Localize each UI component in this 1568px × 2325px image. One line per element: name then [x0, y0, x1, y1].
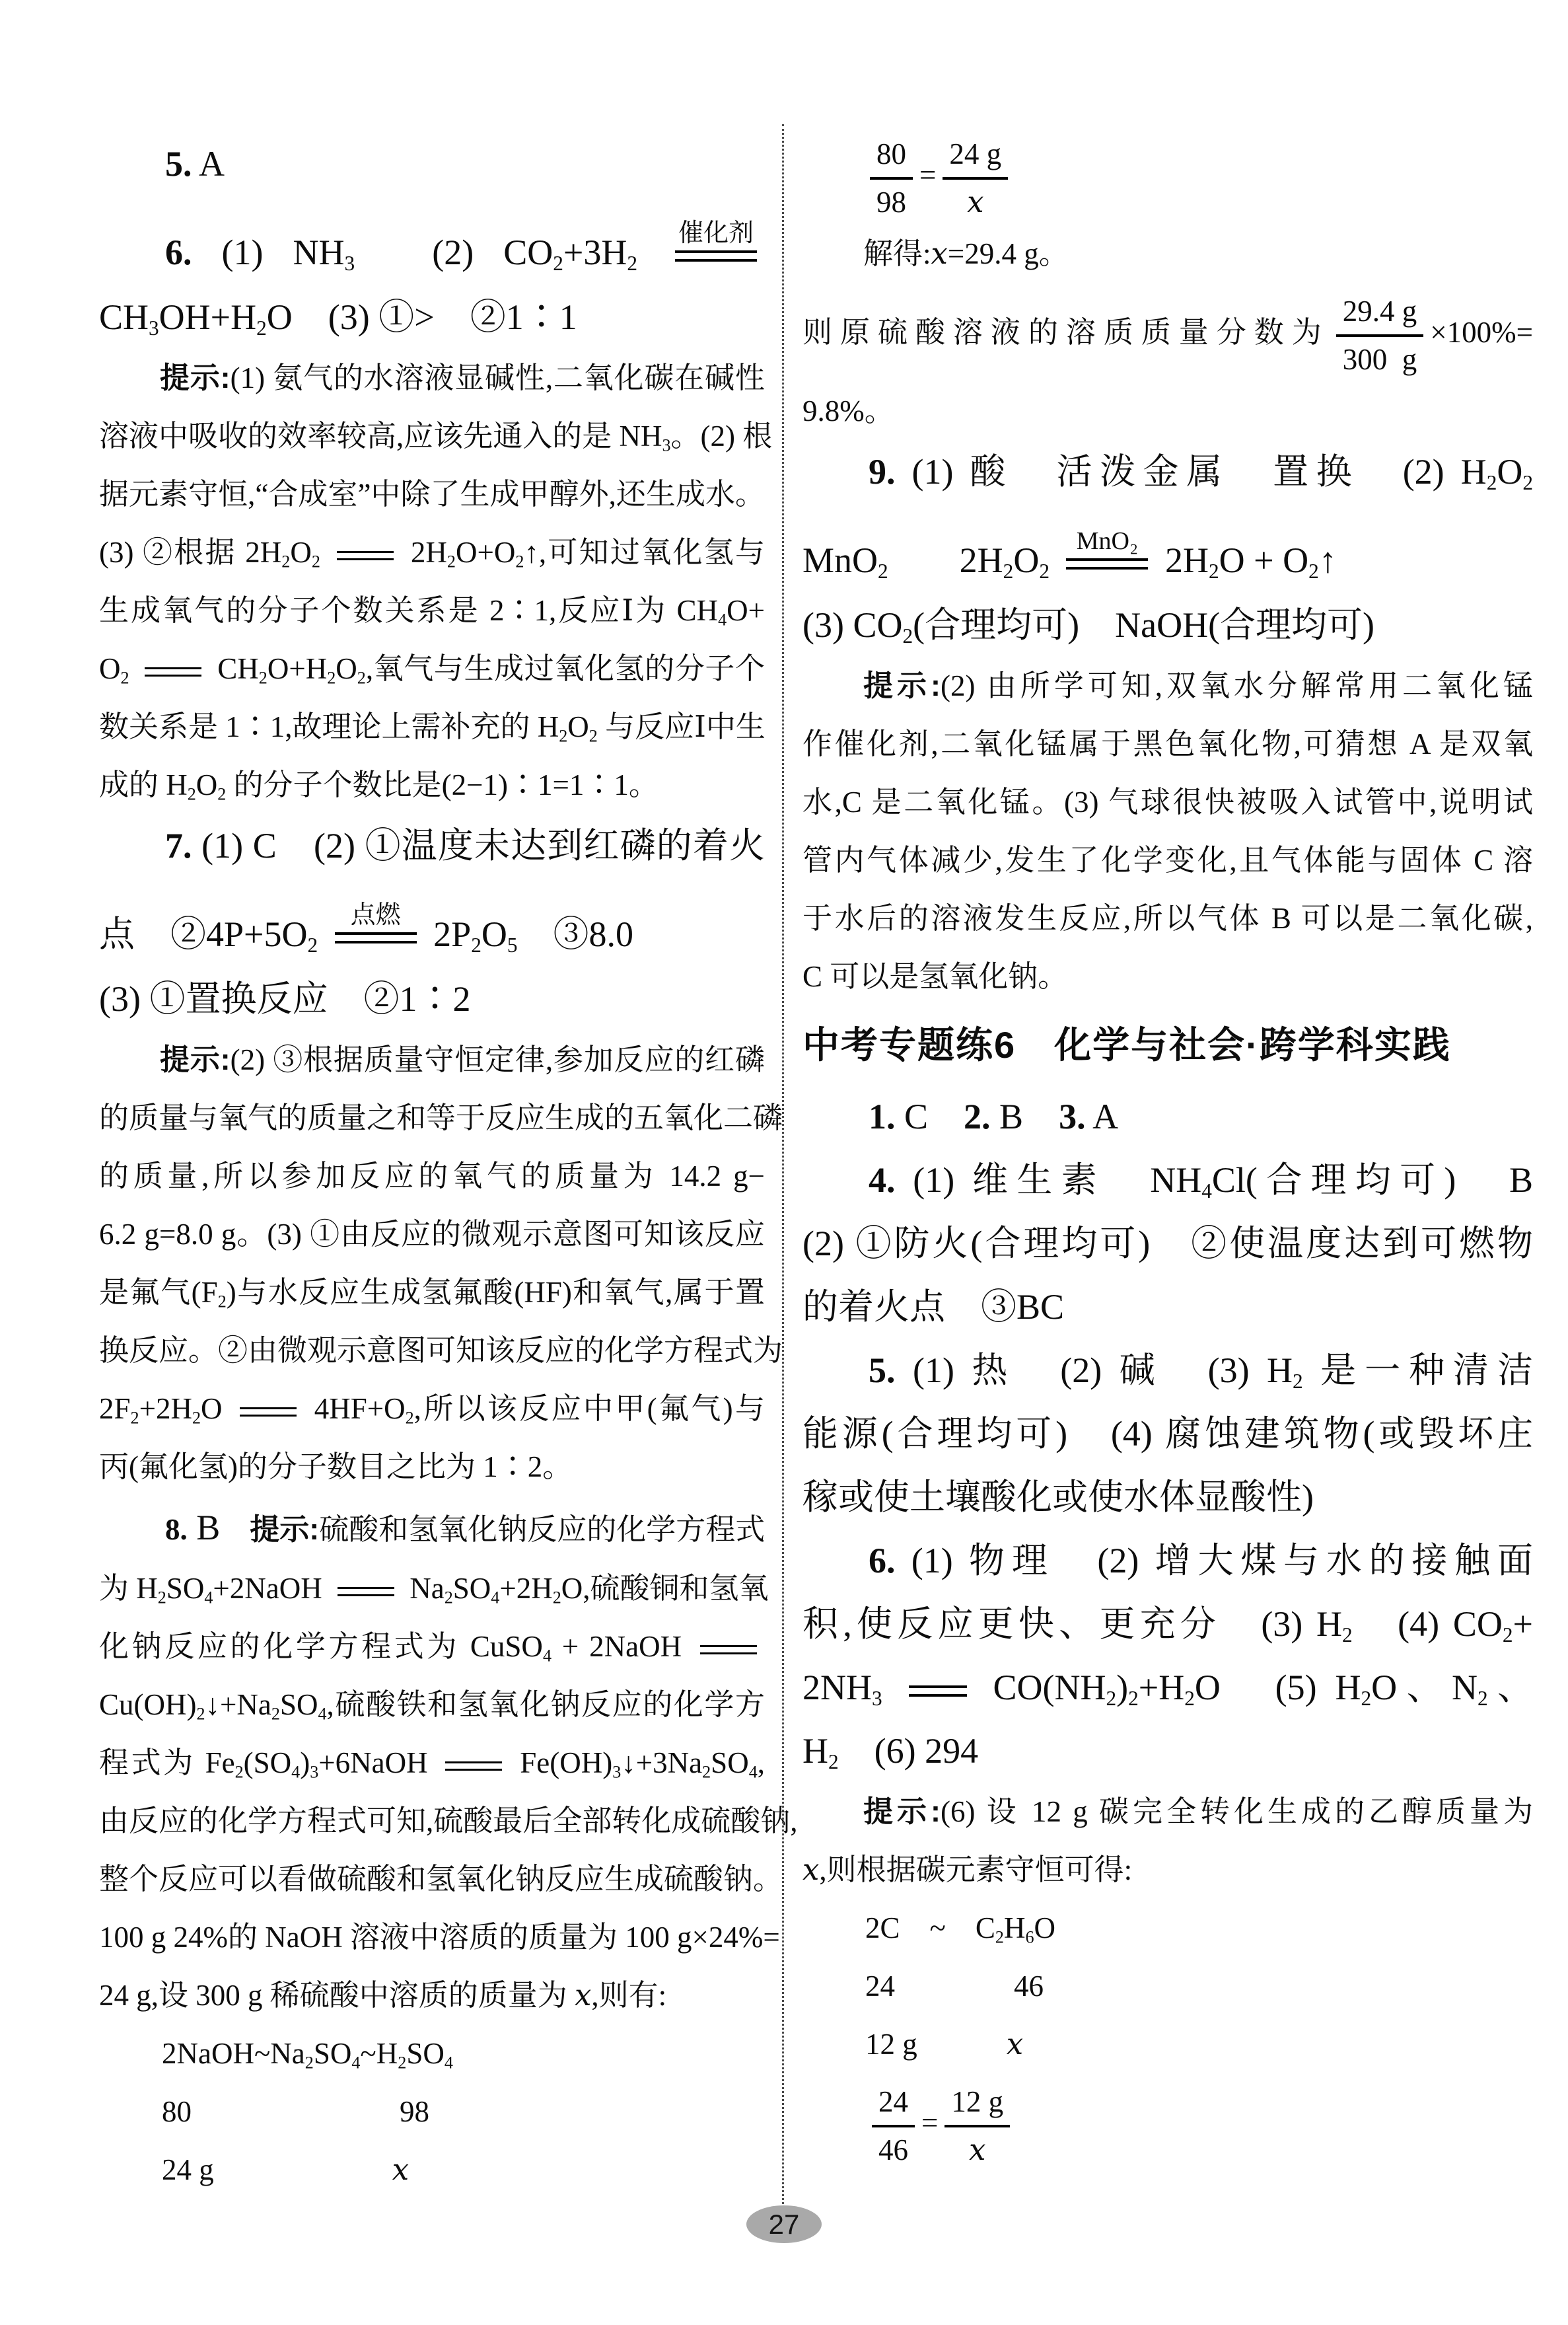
text-line: 提示:(6) 设 12 g 碳完全转化生成的乙醇质量为: [802, 1783, 1533, 1841]
subscript: 2: [445, 1588, 453, 1607]
subscript: 4: [749, 1762, 758, 1781]
text-line: 12 g x: [802, 2015, 1533, 2073]
subscript: 2: [447, 552, 456, 571]
fraction: 29.4 g300 g: [1336, 291, 1424, 379]
subscript: 6: [1025, 1927, 1034, 1946]
text-line: 是氟气(F2)与水反应生成氢氟酸(HF)和氧气,属于置: [99, 1263, 765, 1321]
hint-label: 提示:: [863, 669, 941, 702]
subscript: 2: [271, 1704, 280, 1723]
subscript: 2: [1342, 1623, 1353, 1646]
text-line: 中考专题练6 化学与社会·跨学科实践: [802, 1006, 1533, 1085]
text-line: 作催化剂,二氧化锰属于黑色氧化物,可猜想 A 是双氧: [802, 715, 1533, 773]
subscript: 2: [1478, 1687, 1488, 1710]
item-number: 6.: [869, 1541, 896, 1580]
double-line: [445, 1761, 502, 1771]
subscript: 2: [1308, 560, 1319, 583]
text-line: 丙(氟化氢)的分子数目之比为 1∶2。: [99, 1438, 765, 1496]
subscript: 2: [995, 1927, 1004, 1946]
subscript: 2: [1503, 1623, 1513, 1646]
subscript: 4: [204, 1588, 213, 1607]
text-line: 2C ~ C2H6O: [802, 1899, 1533, 1957]
math-variable: x: [392, 2152, 409, 2187]
text-line: O2 CH2O+H2O2,氧气与生成过氧化氢的分子个: [99, 640, 765, 698]
subscript: 2: [121, 668, 129, 687]
text-line: H2 (6) 294: [802, 1719, 1533, 1783]
double-line: [338, 1587, 394, 1596]
reaction-equals-sign: MnO₂: [1066, 558, 1148, 570]
subscript: 2: [188, 784, 196, 803]
subscript: 2: [406, 1408, 414, 1427]
fraction-numerator: 24 g: [943, 134, 1008, 179]
text-line: 化钠反应的化学方程式为 CuSO4 + 2NaOH: [99, 1617, 765, 1676]
text-line: 6. (1) NH3 (2) CO2+3H2 催化剂: [99, 196, 765, 285]
subscript: 2: [902, 624, 913, 647]
subscript: 2: [327, 668, 336, 687]
subscript: 2: [398, 2053, 406, 2072]
item-number: 2.: [964, 1097, 991, 1136]
text-line: 6.2 g=8.0 g。(3) ①由反应的微观示意图可知该反应: [99, 1205, 765, 1263]
subscript: 2: [218, 1292, 227, 1311]
text-line: (3) ①置换反应 ②1∶2: [99, 967, 765, 1031]
subscript: 2: [235, 1762, 244, 1781]
text-line: 换反应。②由微观示意图可知该反应的化学方程式为: [99, 1321, 765, 1380]
reaction-condition-label: MnO₂: [1077, 529, 1138, 554]
subscript: 3: [662, 435, 671, 455]
subscript: 4: [318, 1704, 326, 1723]
text-line: 2NH3 CO(NH2)2+H2O (5) H2O、N2、: [802, 1656, 1533, 1719]
item-number: 1.: [869, 1097, 896, 1136]
text-line: 100 g 24%的 NaOH 溶液中溶质的质量为 100 g×24%=: [99, 1908, 765, 1966]
subscript: 2: [1128, 1687, 1139, 1710]
fraction-denominator: 46: [872, 2127, 915, 2170]
double-line: [700, 1645, 757, 1654]
subscript: 2: [305, 2053, 314, 2072]
text-line: 解得:x=29.4 g。: [802, 225, 1533, 283]
math-variable: x: [931, 236, 948, 271]
text-line: 5. (1) 热 (2) 碱 (3) H2 是一种清洁: [802, 1339, 1533, 1402]
subscript: 2: [1209, 560, 1219, 583]
text-line: x,则根据碳元素守恒可得:: [802, 1841, 1533, 1899]
subscript: 3: [149, 316, 159, 340]
text-line: 9.8%。: [802, 382, 1533, 440]
subscript: 2: [1293, 1370, 1303, 1393]
reaction-condition-label: 催化剂: [678, 221, 754, 246]
text-line: 整个反应可以看做硫酸和氢氧化钠反应生成硫酸钠。: [99, 1850, 765, 1908]
item-number: 9.: [869, 452, 896, 492]
subscript: 2: [878, 560, 888, 583]
text-line: 溶液中吸收的效率较高,应该先通入的是 NH3。(2) 根: [99, 407, 765, 465]
text-line: C 可以是氢氧化钠。: [802, 947, 1533, 1006]
answer-letter: B: [188, 1508, 221, 1547]
double-line: [337, 551, 394, 560]
text-line: 数关系是 1∶1,故理论上需补充的 H2O2 与反应Ⅰ中生: [99, 698, 765, 756]
reaction-equals-sign: [700, 1645, 757, 1654]
text-line: 9. (1) 酸 活泼金属 置换 (2) H2O2: [802, 440, 1533, 503]
text-line: (3) ②根据 2H2O2 2H2O+O2↑,可知过氧化氢与: [99, 523, 765, 581]
double-line: [240, 1407, 297, 1417]
text-line: 24 46: [802, 1957, 1533, 2015]
column-divider: [782, 124, 784, 2212]
subscript: 2: [559, 726, 567, 745]
subscript: 2: [192, 1408, 201, 1427]
fraction-denominator: x: [943, 180, 1008, 222]
subscript: 2: [553, 252, 563, 275]
double-line: [675, 250, 757, 262]
item-number: 7.: [165, 826, 192, 866]
text-line: Cu(OH)2↓+Na2SO4,硫酸铁和氢氧化钠反应的化学方: [99, 1676, 765, 1734]
subscript: 2: [259, 668, 267, 687]
text-line: 4. (1) 维生素 NH4Cl(合理均可) B: [802, 1148, 1533, 1212]
subscript: 2: [1106, 1687, 1116, 1710]
text-line: 生成氧气的分子个数关系是 2∶1,反应Ⅰ为 CH4O+: [99, 581, 765, 640]
double-line: [1066, 558, 1148, 570]
subscript: 2: [471, 934, 481, 957]
subscript: 2: [312, 552, 320, 571]
text-line: 成的 H2O2 的分子个数比是(2−1)∶1=1∶1。: [99, 756, 765, 814]
text-line: 24 g x: [99, 2141, 765, 2199]
text-line: 由反应的化学方程式可知,硫酸最后全部转化成硫酸钠,: [99, 1792, 765, 1850]
text-line: 提示:(2) ③根据质量守恒定律,参加反应的红磷: [99, 1031, 765, 1089]
text-line: 能源(合理均可) (4) 腐蚀建筑物(或毁坏庄: [802, 1402, 1533, 1465]
subscript: 4: [718, 610, 727, 629]
text-line: 据元素守恒,“合成室”中除了生成甲醇外,还生成水。: [99, 465, 765, 523]
text-line: 8. B 提示:硫酸和氢氧化钠反应的化学方程式: [99, 1496, 765, 1559]
text-line: 8098=24 gx: [802, 126, 1533, 225]
subscript: 3: [612, 1762, 621, 1781]
fraction-numerator: 24: [872, 2082, 915, 2127]
subscript: 3: [872, 1687, 882, 1710]
fraction-numerator: 80: [870, 134, 913, 179]
fraction: 24 gx: [943, 134, 1008, 222]
item-number: 4.: [869, 1160, 896, 1200]
answers-right-column: 8098=24 gx解得:x=29.4 g。则原硫酸溶液的溶质质量分数为29.4…: [802, 126, 1533, 2172]
item-number: 6.: [165, 233, 192, 272]
page-number: 27: [769, 2209, 800, 2240]
subscript: 2: [1003, 560, 1014, 583]
subscript: 4: [351, 2053, 360, 2072]
text-line: (3) CO2(合理均可) NaOH(合理均可): [802, 593, 1533, 657]
subscript: 2: [828, 1750, 839, 1773]
subscript: 5: [507, 934, 518, 957]
subscript: 2: [256, 316, 267, 340]
subscript: 2: [158, 1588, 166, 1607]
text-line: 6. (1) 物理 (2) 增大煤与水的接触面: [802, 1529, 1533, 1592]
subscript: 2: [1522, 471, 1533, 494]
reaction-equals-sign: [240, 1407, 297, 1417]
text-line: 1. C 2. B 3. A: [802, 1085, 1533, 1148]
subscript: 2: [307, 934, 318, 957]
subscript: 2: [131, 1408, 139, 1427]
subscript: 2: [357, 668, 366, 687]
text-line: CH3OH+H2O (3) ①> ②1∶1: [99, 285, 765, 349]
fraction-denominator: 98: [870, 180, 913, 222]
subscript: 4: [445, 2053, 453, 2072]
reaction-equals-sign: [337, 551, 394, 560]
subscript: 2: [1184, 1687, 1195, 1710]
fraction: 2446: [872, 2082, 915, 2170]
text-line: 提示:(1) 氨气的水溶液显碱性,二氧化碳在碱性: [99, 349, 765, 407]
reaction-equals-sign: [909, 1685, 967, 1697]
item-number: 5.: [869, 1350, 896, 1390]
fraction-denominator: 300 g: [1336, 337, 1424, 379]
text-line: (2) ①防火(合理均可) ②使温度达到可燃物: [802, 1212, 1533, 1275]
fraction-denominator: x: [944, 2127, 1010, 2170]
text-line: 2F2+2H2O 4HF+O2,所以该反应中甲(氟气)与: [99, 1380, 765, 1438]
math-variable: x: [802, 1852, 819, 1887]
reaction-equals-sign: 催化剂: [675, 250, 757, 262]
hint-label: 提示:: [863, 1794, 941, 1828]
page-number-badge: 27: [746, 2205, 822, 2243]
subscript: 4: [1201, 1179, 1212, 1202]
subscript: 4: [491, 1588, 499, 1607]
hint-label: 提示:: [160, 1043, 231, 1076]
text-line: 于水后的溶液发生反应,所以气体 B 可以是二氧化碳,: [802, 889, 1533, 947]
text-line: 的质量,所以参加反应的氧气的质量为 14.2 g−: [99, 1147, 765, 1205]
item-number: 3.: [1059, 1097, 1086, 1136]
subscript: 4: [543, 1646, 552, 1665]
text-line: 5. A: [99, 132, 765, 196]
reaction-condition-label: 点燃: [351, 903, 401, 928]
text-line: 水,C 是二氧化锰。(3) 气球很快被吸入试管中,说明试: [802, 773, 1533, 831]
double-line: [145, 667, 201, 677]
text-line: 点 ②4P+5O2 点燃 2P2O5 ③8.0: [99, 877, 765, 967]
text-line: 为 H2SO4+2NaOH Na2SO4+2H2O,硫酸铜和氢氧: [99, 1559, 765, 1617]
hint-label: 提示:: [160, 361, 231, 394]
reaction-equals-sign: [338, 1587, 394, 1596]
subscript: 2: [1487, 471, 1497, 494]
text-line: 管内气体减少,发生了化学变化,且气体能与固体 C 溶: [802, 831, 1533, 889]
text-line: 的质量与氧气的质量之和等于反应生成的五氧化二磷: [99, 1089, 765, 1147]
subscript: 3: [310, 1762, 318, 1781]
hint-label: 提示:: [250, 1512, 319, 1546]
text-line: 24 g,设 300 g 稀硫酸中溶质的质量为 x,则有:: [99, 1966, 765, 2024]
item-number: 5.: [165, 144, 192, 184]
math-variable: x: [575, 1977, 591, 2012]
item-number: 8.: [165, 1513, 188, 1546]
double-line: [335, 932, 417, 943]
text-line: 积,使反应更快、更充分 (3) H2 (4) CO2+: [802, 1592, 1533, 1656]
text-line: 2446=12 gx: [802, 2073, 1533, 2172]
reaction-equals-sign: [445, 1761, 502, 1771]
text-line: 提示:(2) 由所学可知,双氧水分解常用二氧化锰: [802, 657, 1533, 715]
text-line: 的着火点 ③BC: [802, 1275, 1533, 1339]
subscript: 2: [196, 1704, 205, 1723]
fraction: 12 gx: [944, 2082, 1010, 2170]
fraction-numerator: 12 g: [944, 2082, 1010, 2127]
reaction-equals-sign: [145, 667, 201, 677]
subscript: 2: [589, 726, 598, 745]
fraction-numerator: 29.4 g: [1336, 291, 1424, 336]
math-variable: x: [1007, 2026, 1023, 2061]
subscript: 2: [1039, 560, 1050, 583]
subscript: 2: [627, 252, 637, 275]
reaction-equals-sign: 点燃: [335, 932, 417, 943]
subscript: 2: [515, 552, 524, 571]
text-line: 程式为 Fe2(SO4)3+6NaOH Fe(OH)3↓+3Na2SO4,: [99, 1734, 765, 1792]
text-line: 稼或使土壤酸化或使水体显酸性): [802, 1465, 1533, 1529]
workbook-answer-page: 5. A6. (1) NH3 (2) CO2+3H2 催化剂CH3OH+H2O …: [0, 0, 1568, 2325]
double-line: [909, 1685, 967, 1697]
subscript: 2: [553, 1588, 561, 1607]
fraction: 8098: [870, 134, 913, 222]
text-line: 则原硫酸溶液的溶质质量分数为29.4 g300 g×100%=: [802, 283, 1533, 382]
subscript: 2: [281, 552, 290, 571]
subscript: 4: [291, 1762, 300, 1781]
text-line: MnO2 2H2O2 MnO₂ 2H2O + O2↑: [802, 503, 1533, 593]
subscript: 3: [345, 252, 355, 275]
text-line: 80 98: [99, 2083, 765, 2141]
text-line: 2NaOH~Na2SO4~H2SO4: [99, 2024, 765, 2083]
subscript: 2: [217, 784, 226, 803]
answers-left-column: 5. A6. (1) NH3 (2) CO2+3H2 催化剂CH3OH+H2O …: [99, 132, 765, 2199]
subscript: 2: [1361, 1687, 1372, 1710]
text-line: 7. (1) C (2) ①温度未达到红磷的着火: [99, 814, 765, 877]
subscript: 2: [702, 1762, 711, 1781]
